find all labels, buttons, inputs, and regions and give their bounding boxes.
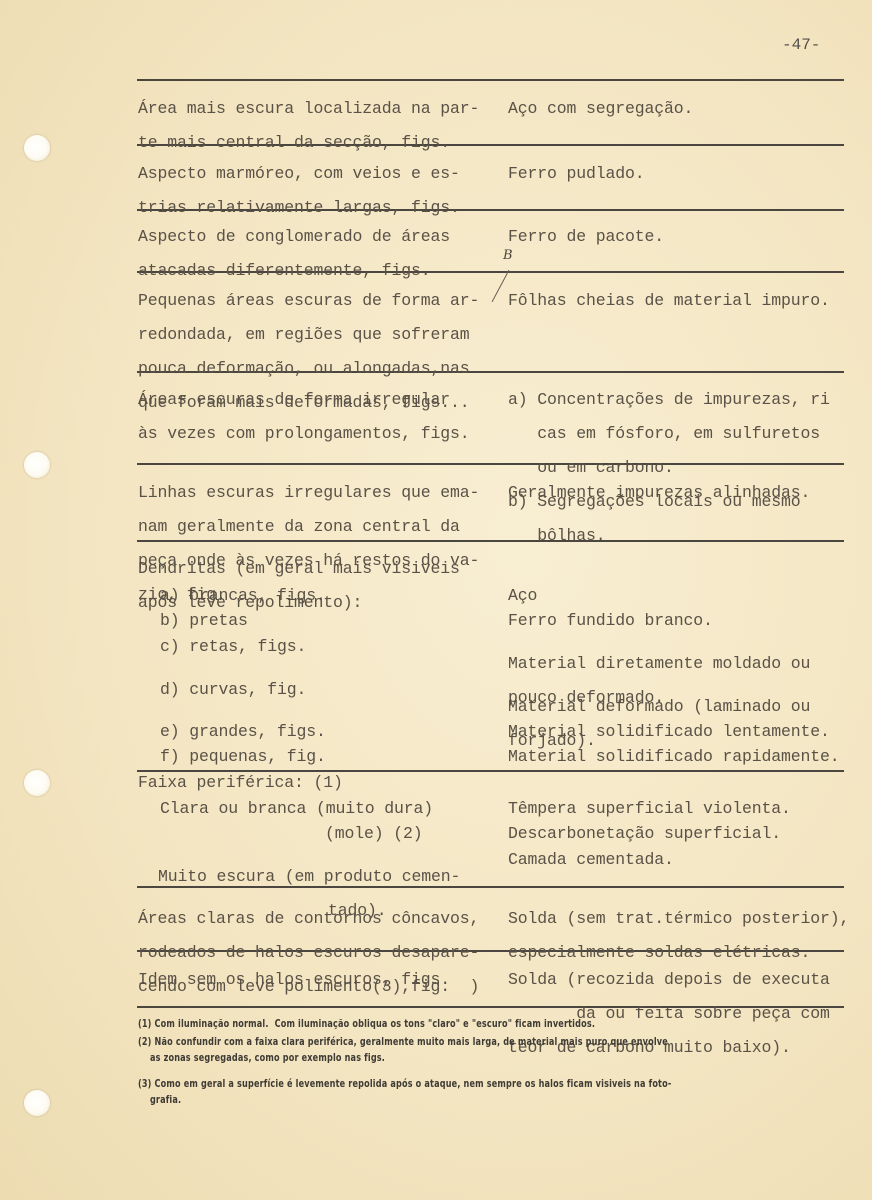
page-number: -47- [782, 36, 820, 54]
punch-hole [24, 1090, 50, 1116]
line: Solda (sem trat.térmico posterior), [508, 910, 849, 927]
solda-row-2-description: Idem sem os halos escuros, figs. [138, 954, 450, 988]
line: Áreas claras de contornos côncavos, [138, 910, 479, 927]
line: Áreas escuras de forma irregular [138, 391, 470, 408]
line: bôlhas. [508, 527, 830, 544]
dendritas-result-e: Material solidificado lentamente. [508, 723, 830, 740]
line: Pequenas áreas escuras de forma ar- [138, 292, 479, 309]
row-3-description: Aspecto de conglomerado de áreas atacada… [138, 211, 450, 279]
row-1-description: Área mais escura localizada na par- te m… [138, 83, 479, 151]
dendritas-item-f: f) pequenas, fig. [160, 748, 326, 765]
faixa-result-clara: Têmpera superficial violenta. [508, 800, 791, 817]
line: cas em fósforo, em sulfuretos [508, 425, 830, 442]
dendritas-result-b: Ferro fundido branco. [508, 612, 713, 629]
row-4-interpretation: Fôlhas cheias de material impuro. [508, 275, 830, 309]
footnote-3: (3) Como em geral a superfície é levemen… [138, 1076, 671, 1108]
dendritas-item-b: b) pretas [160, 612, 248, 629]
faixa-item-mole: (mole) (2) [325, 825, 423, 842]
line: Ferro pudlado. [508, 165, 645, 182]
line: Dendritas (em geral mais visiveis [138, 560, 460, 577]
dendritas-item-c: c) retas, figs. [160, 638, 306, 655]
row-6-interpretation: Geralmente impurezas alinhadas. [508, 467, 810, 501]
solda-row-1-interpretation: Solda (sem trat.térmico posterior), espe… [508, 893, 849, 961]
faixa-heading: Faixa periférica: (1) [138, 774, 343, 791]
faixa-result-mole: Descarbonetação superficial. [508, 825, 781, 842]
handwritten-mark: B [503, 248, 513, 263]
line: Solda (recozida depois de executa [508, 971, 830, 988]
faixa-result-escura: Camada cementada. [508, 851, 674, 868]
dendritas-result-a: Aço [508, 587, 537, 604]
line: Material diretamente moldado ou [508, 655, 810, 672]
footnote-1: (1) Com iluminação normal. Com iluminaçã… [138, 1016, 595, 1032]
row-2-description: Aspecto marmóreo, com veios e es- trias … [138, 148, 460, 216]
line: Muito escura (em produto cemen- [158, 868, 460, 885]
line: Geralmente impurezas alinhadas. [508, 484, 810, 501]
dendritas-item-d: d) curvas, fig. [160, 681, 306, 698]
table-rule [137, 79, 844, 81]
line: Fôlhas cheias de material impuro. [508, 292, 830, 309]
line: nam geralmente da zona central da [138, 518, 479, 535]
line: Aspecto de conglomerado de áreas [138, 228, 450, 245]
dendritas-item-a: a) brancas, figs. [160, 587, 326, 604]
dendritas-result-f: Material solidificado rapidamente. [508, 748, 840, 765]
line: às vezes com prolongamentos, figs. [138, 425, 470, 442]
line: Idem sem os halos escuros, figs. [138, 971, 450, 988]
row-1-interpretation: Aço com segregação. [508, 83, 693, 117]
table-rule [137, 770, 844, 772]
row-5-interpretation: a) Concentrações de impurezas, ri cas em… [508, 374, 830, 544]
row-3-interpretation: Ferro de pacote. [508, 211, 664, 245]
handwritten-stroke [492, 270, 510, 302]
line: redondada, em regiões que sofreram [138, 326, 479, 343]
line: Material deformado (laminado ou [508, 698, 810, 715]
line: Ferro de pacote. [508, 228, 664, 245]
punch-hole [24, 135, 50, 161]
punch-hole [24, 452, 50, 478]
row-5-description: Áreas escuras de forma irregular às veze… [138, 374, 470, 442]
dendritas-item-e: e) grandes, figs. [160, 723, 326, 740]
faixa-item-clara: Clara ou branca (muito dura) [160, 800, 433, 817]
line: Área mais escura localizada na par- [138, 100, 479, 117]
punch-hole [24, 770, 50, 796]
line: a) Concentrações de impurezas, ri [508, 391, 830, 408]
line: Aspecto marmóreo, com veios e es- [138, 165, 460, 182]
row-2-interpretation: Ferro pudlado. [508, 148, 645, 182]
line: Linhas escuras irregulares que ema- [138, 484, 479, 501]
footnote-2: (2) Não confundir com a faixa clara peri… [138, 1034, 668, 1066]
line: Aço com segregação. [508, 100, 693, 117]
